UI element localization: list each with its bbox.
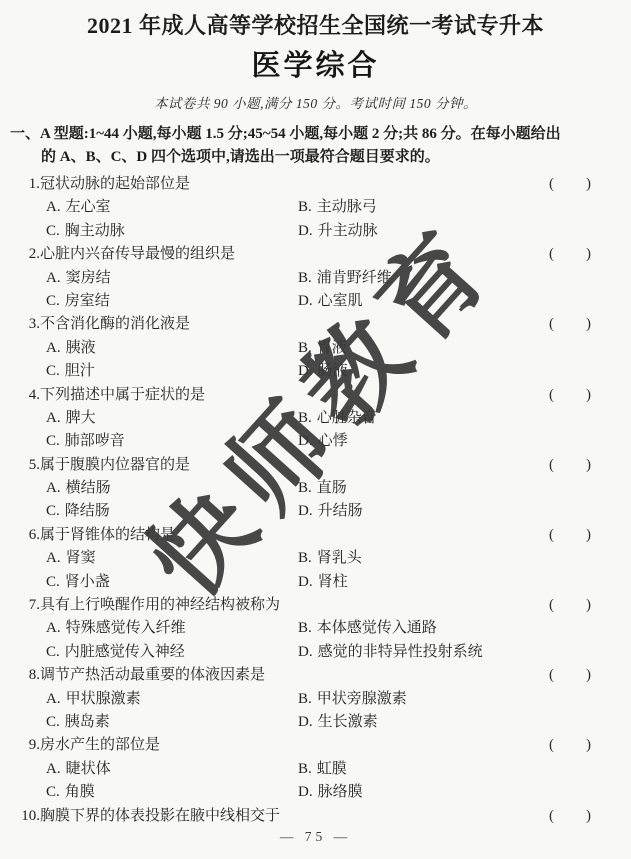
option-rows: A.睫状体 B.虹膜 C.角膜 D.脉络膜 [0, 758, 591, 805]
option-text: 胰岛素 [65, 714, 110, 730]
bracket-open: ( [549, 313, 554, 336]
option: A.肾窦 [46, 547, 298, 570]
option: D.感觉的非特异性投射系统 [298, 641, 591, 664]
option: D.肾柱 [298, 571, 591, 594]
option-text: 心悸 [318, 433, 348, 449]
option-label: B. [298, 410, 312, 426]
question-stem-row: 9. 房水产生的部位是 ( ) [0, 734, 591, 757]
option-row: A.睫状体 B.虹膜 [0, 758, 591, 781]
option-rows: A.特殊感觉传入纤维 B.本体感觉传入通路 C.内脏感觉传入神经 D.感觉的非特… [0, 617, 591, 664]
question-number: 3. [15, 313, 40, 336]
question-number: 9. [15, 734, 40, 757]
option: A.左心室 [46, 196, 298, 219]
question-number: 1. [15, 173, 40, 196]
option-label: B. [298, 550, 312, 566]
option-text: 肠液 [318, 363, 348, 379]
option: B.心脏杂音 [298, 407, 591, 430]
question-item: 10. 胸膜下界的体表投影在腋中线相交于 ( ) [0, 805, 591, 828]
option-label: B. [298, 199, 312, 215]
option: D.生长激素 [298, 711, 591, 734]
option-text: 脾大 [66, 410, 96, 426]
bracket-open: ( [549, 384, 554, 407]
option: C.胆汁 [46, 360, 298, 383]
option: A.胰液 [46, 337, 298, 360]
question-item: 1. 冠状动脉的起始部位是 ( ) A.左心室 B.主动脉弓 C.胸主动脉 D.… [0, 173, 591, 243]
option: D.升结肠 [298, 500, 591, 523]
option-row: C.肾小盏 D.肾柱 [0, 571, 591, 594]
bracket-open: ( [549, 734, 554, 757]
option-row: A.脾大 B.心脏杂音 [0, 407, 591, 430]
option: A.横结肠 [46, 477, 298, 500]
question-list: 1. 冠状动脉的起始部位是 ( ) A.左心室 B.主动脉弓 C.胸主动脉 D.… [0, 173, 631, 828]
option-label: A. [46, 199, 61, 215]
option-label: C. [46, 223, 60, 239]
option-text: 肾乳头 [317, 550, 362, 566]
option-rows: A.胰液 B.胃液 C.胆汁 D.肠液 [0, 337, 591, 384]
option-text: 本体感觉传入通路 [317, 620, 437, 636]
option-row: C.胆汁 D.肠液 [0, 360, 591, 383]
question-number: 5. [15, 454, 40, 477]
option-row: A.特殊感觉传入纤维 B.本体感觉传入通路 [0, 617, 591, 640]
option-label: B. [298, 761, 312, 777]
question-stem-row: 4. 下列描述中属于症状的是 ( ) [0, 384, 591, 407]
bracket-close: ) [586, 454, 591, 477]
bracket-close: ) [586, 664, 591, 687]
bracket-open: ( [549, 664, 554, 687]
option-row: C.胸主动脉 D.升主动脉 [0, 220, 591, 243]
option: C.肺部哕音 [46, 430, 298, 453]
bracket-open: ( [549, 243, 554, 266]
option-label: B. [298, 480, 312, 496]
option-label: C. [46, 574, 60, 590]
option-label: B. [298, 340, 312, 356]
option-row: A.肾窦 B.肾乳头 [0, 547, 591, 570]
option: C.角膜 [46, 781, 298, 804]
section-instructions: 一、A 型题:1~44 小题,每小题 1.5 分;45~54 小题,每小题 2 … [10, 123, 619, 169]
question-item: 5. 属于腹膜内位器官的是 ( ) A.横结肠 B.直肠 C.降结肠 D.升结肠 [0, 454, 591, 524]
option-text: 角膜 [65, 784, 95, 800]
question-stem: 调节产热活动最重要的体液因素是 [40, 664, 549, 687]
option-label: D. [298, 433, 313, 449]
exam-page: 2021 年成人高等学校招生全国统一考试专升本 医学综合 本试卷共 90 小题,… [0, 0, 631, 859]
question-stem: 属于腹膜内位器官的是 [40, 454, 549, 477]
option-label: C. [46, 644, 60, 660]
option-text: 肾窦 [66, 550, 96, 566]
option-text: 肾柱 [318, 574, 348, 590]
option-label: B. [298, 691, 312, 707]
option-rows: A.肾窦 B.肾乳头 C.肾小盏 D.肾柱 [0, 547, 591, 594]
option-rows: A.甲状腺激素 B.甲状旁腺激素 C.胰岛素 D.生长激素 [0, 688, 591, 735]
question-stem: 冠状动脉的起始部位是 [40, 173, 549, 196]
option-text: 心室肌 [318, 293, 363, 309]
answer-bracket: ( ) [549, 664, 591, 687]
question-stem: 下列描述中属于症状的是 [40, 384, 549, 407]
answer-bracket: ( ) [549, 313, 591, 336]
option-label: D. [298, 363, 313, 379]
option-label: C. [46, 433, 60, 449]
question-stem-row: 8. 调节产热活动最重要的体液因素是 ( ) [0, 664, 591, 687]
option-label: A. [46, 691, 61, 707]
option-row: A.甲状腺激素 B.甲状旁腺激素 [0, 688, 591, 711]
question-number: 7. [15, 594, 40, 617]
answer-bracket: ( ) [549, 524, 591, 547]
option-row: A.左心室 B.主动脉弓 [0, 196, 591, 219]
question-stem: 属于肾锥体的结构是 [40, 524, 549, 547]
bracket-close: ) [586, 313, 591, 336]
option-text: 甲状旁腺激素 [317, 691, 407, 707]
page-title: 2021 年成人高等学校招生全国统一考试专升本 [0, 13, 631, 39]
option: B.虹膜 [298, 758, 591, 781]
option: C.房室结 [46, 290, 298, 313]
option: B.浦肯野纤维 [298, 267, 591, 290]
option: A.脾大 [46, 407, 298, 430]
option-label: A. [46, 340, 61, 356]
page-number: — 75 — [0, 829, 631, 845]
option: A.窦房结 [46, 267, 298, 290]
question-stem-row: 6. 属于肾锥体的结构是 ( ) [0, 524, 591, 547]
option: C.胸主动脉 [46, 220, 298, 243]
option-label: D. [298, 503, 313, 519]
option-label: D. [298, 784, 313, 800]
option-text: 左心室 [66, 199, 111, 215]
option: C.胰岛素 [46, 711, 298, 734]
option: C.降结肠 [46, 500, 298, 523]
option: D.心悸 [298, 430, 591, 453]
option-label: D. [298, 714, 313, 730]
option-label: A. [46, 620, 61, 636]
option-label: D. [298, 574, 313, 590]
bracket-close: ) [586, 243, 591, 266]
option-text: 内脏感觉传入神经 [65, 644, 185, 660]
option-label: C. [46, 363, 60, 379]
option-text: 心脏杂音 [317, 410, 377, 426]
option-label: C. [46, 293, 60, 309]
question-stem-row: 5. 属于腹膜内位器官的是 ( ) [0, 454, 591, 477]
option: D.脉络膜 [298, 781, 591, 804]
option-rows: A.脾大 B.心脏杂音 C.肺部哕音 D.心悸 [0, 407, 591, 454]
option-row: C.胰岛素 D.生长激素 [0, 711, 591, 734]
option: B.肾乳头 [298, 547, 591, 570]
option-label: B. [298, 620, 312, 636]
question-stem-row: 3. 不含消化酶的消化液是 ( ) [0, 313, 591, 336]
option-text: 房室结 [65, 293, 110, 309]
option: B.本体感觉传入通路 [298, 617, 591, 640]
option: B.胃液 [298, 337, 591, 360]
question-stem-row: 7. 具有上行唤醒作用的神经结构被称为 ( ) [0, 594, 591, 617]
option-row: A.横结肠 B.直肠 [0, 477, 591, 500]
question-stem: 不含消化酶的消化液是 [40, 313, 549, 336]
question-item: 2. 心脏内兴奋传导最慢的组织是 ( ) A.窦房结 B.浦肯野纤维 C.房室结… [0, 243, 591, 313]
option-label: A. [46, 550, 61, 566]
option-text: 降结肠 [65, 503, 110, 519]
option-row: A.胰液 B.胃液 [0, 337, 591, 360]
option-text: 甲状腺激素 [66, 691, 141, 707]
option-rows: A.左心室 B.主动脉弓 C.胸主动脉 D.升主动脉 [0, 196, 591, 243]
question-stem: 房水产生的部位是 [40, 734, 549, 757]
option-text: 肾小盏 [65, 574, 110, 590]
question-item: 4. 下列描述中属于症状的是 ( ) A.脾大 B.心脏杂音 C.肺部哕音 D.… [0, 384, 591, 454]
option-row: C.肺部哕音 D.心悸 [0, 430, 591, 453]
option-text: 浦肯野纤维 [317, 270, 392, 286]
option-label: C. [46, 714, 60, 730]
option-text: 主动脉弓 [317, 199, 377, 215]
bracket-close: ) [586, 734, 591, 757]
option-text: 升主动脉 [318, 223, 378, 239]
question-item: 8. 调节产热活动最重要的体液因素是 ( ) A.甲状腺激素 B.甲状旁腺激素 … [0, 664, 591, 734]
answer-bracket: ( ) [549, 594, 591, 617]
option-label: A. [46, 480, 61, 496]
option-row: C.房室结 D.心室肌 [0, 290, 591, 313]
option-row: A.窦房结 B.浦肯野纤维 [0, 267, 591, 290]
option-text: 虹膜 [317, 761, 347, 777]
answer-bracket: ( ) [549, 454, 591, 477]
question-item: 6. 属于肾锥体的结构是 ( ) A.肾窦 B.肾乳头 C.肾小盏 D.肾柱 [0, 524, 591, 594]
bracket-close: ) [586, 524, 591, 547]
bracket-open: ( [549, 524, 554, 547]
option-label: A. [46, 761, 61, 777]
option-text: 胸主动脉 [65, 223, 125, 239]
option: D.肠液 [298, 360, 591, 383]
question-item: 9. 房水产生的部位是 ( ) A.睫状体 B.虹膜 C.角膜 D.脉络膜 [0, 734, 591, 804]
option: D.升主动脉 [298, 220, 591, 243]
option-label: A. [46, 270, 61, 286]
option-text: 横结肠 [66, 480, 111, 496]
option: A.睫状体 [46, 758, 298, 781]
option: A.特殊感觉传入纤维 [46, 617, 298, 640]
option-label: C. [46, 503, 60, 519]
option-rows: A.横结肠 B.直肠 C.降结肠 D.升结肠 [0, 477, 591, 524]
option-label: A. [46, 410, 61, 426]
option-text: 脉络膜 [318, 784, 363, 800]
bracket-open: ( [549, 173, 554, 196]
option-text: 特殊感觉传入纤维 [66, 620, 186, 636]
exam-info-line: 本试卷共 90 小题,满分 150 分。考试时间 150 分钟。 [0, 95, 631, 112]
question-stem: 心脏内兴奋传导最慢的组织是 [40, 243, 549, 266]
question-number: 4. [15, 384, 40, 407]
question-stem-row: 2. 心脏内兴奋传导最慢的组织是 ( ) [0, 243, 591, 266]
page-header: 2021 年成人高等学校招生全国统一考试专升本 医学综合 本试卷共 90 小题,… [0, 0, 631, 112]
question-number: 2. [15, 243, 40, 266]
option-label: D. [298, 644, 313, 660]
option-rows: A.窦房结 B.浦肯野纤维 C.房室结 D.心室肌 [0, 267, 591, 314]
option-label: B. [298, 270, 312, 286]
option-label: D. [298, 293, 313, 309]
option-text: 胃液 [317, 340, 347, 356]
bracket-close: ) [586, 384, 591, 407]
option: A.甲状腺激素 [46, 688, 298, 711]
question-item: 7. 具有上行唤醒作用的神经结构被称为 ( ) A.特殊感觉传入纤维 B.本体感… [0, 594, 591, 664]
question-number: 8. [15, 664, 40, 687]
option-text: 升结肠 [318, 503, 363, 519]
option-label: C. [46, 784, 60, 800]
question-number: 10. [15, 805, 40, 828]
question-item: 3. 不含消化酶的消化液是 ( ) A.胰液 B.胃液 C.胆汁 D.肠液 [0, 313, 591, 383]
option-text: 胆汁 [65, 363, 95, 379]
bracket-close: ) [586, 173, 591, 196]
option: C.内脏感觉传入神经 [46, 641, 298, 664]
question-stem-row: 10. 胸膜下界的体表投影在腋中线相交于 ( ) [0, 805, 591, 828]
option: B.直肠 [298, 477, 591, 500]
option: C.肾小盏 [46, 571, 298, 594]
bracket-open: ( [549, 594, 554, 617]
option-text: 生长激素 [318, 714, 378, 730]
option: B.主动脉弓 [298, 196, 591, 219]
bracket-close: ) [586, 594, 591, 617]
bracket-close: ) [586, 805, 591, 828]
section-instruction-line1: 一、A 型题:1~44 小题,每小题 1.5 分;45~54 小题,每小题 2 … [10, 123, 619, 146]
bracket-open: ( [549, 454, 554, 477]
option: B.甲状旁腺激素 [298, 688, 591, 711]
question-stem: 具有上行唤醒作用的神经结构被称为 [40, 594, 549, 617]
answer-bracket: ( ) [549, 805, 591, 828]
exam-subject-title: 医学综合 [0, 47, 631, 85]
option-text: 胰液 [66, 340, 96, 356]
option-label: D. [298, 223, 313, 239]
option-text: 肺部哕音 [65, 433, 125, 449]
question-stem-row: 1. 冠状动脉的起始部位是 ( ) [0, 173, 591, 196]
question-stem: 胸膜下界的体表投影在腋中线相交于 [40, 805, 549, 828]
option-row: C.内脏感觉传入神经 D.感觉的非特异性投射系统 [0, 641, 591, 664]
answer-bracket: ( ) [549, 243, 591, 266]
option-text: 睫状体 [66, 761, 111, 777]
option-text: 直肠 [317, 480, 347, 496]
question-number: 6. [15, 524, 40, 547]
option: D.心室肌 [298, 290, 591, 313]
answer-bracket: ( ) [549, 734, 591, 757]
option-row: C.角膜 D.脉络膜 [0, 781, 591, 804]
bracket-open: ( [549, 805, 554, 828]
option-row: C.降结肠 D.升结肠 [0, 500, 591, 523]
answer-bracket: ( ) [549, 173, 591, 196]
option-text: 感觉的非特异性投射系统 [318, 644, 483, 660]
option-text: 窦房结 [66, 270, 111, 286]
section-instruction-line2: 的 A、B、C、D 四个选项中,请选出一项最符合题目要求的。 [10, 146, 619, 169]
answer-bracket: ( ) [549, 384, 591, 407]
